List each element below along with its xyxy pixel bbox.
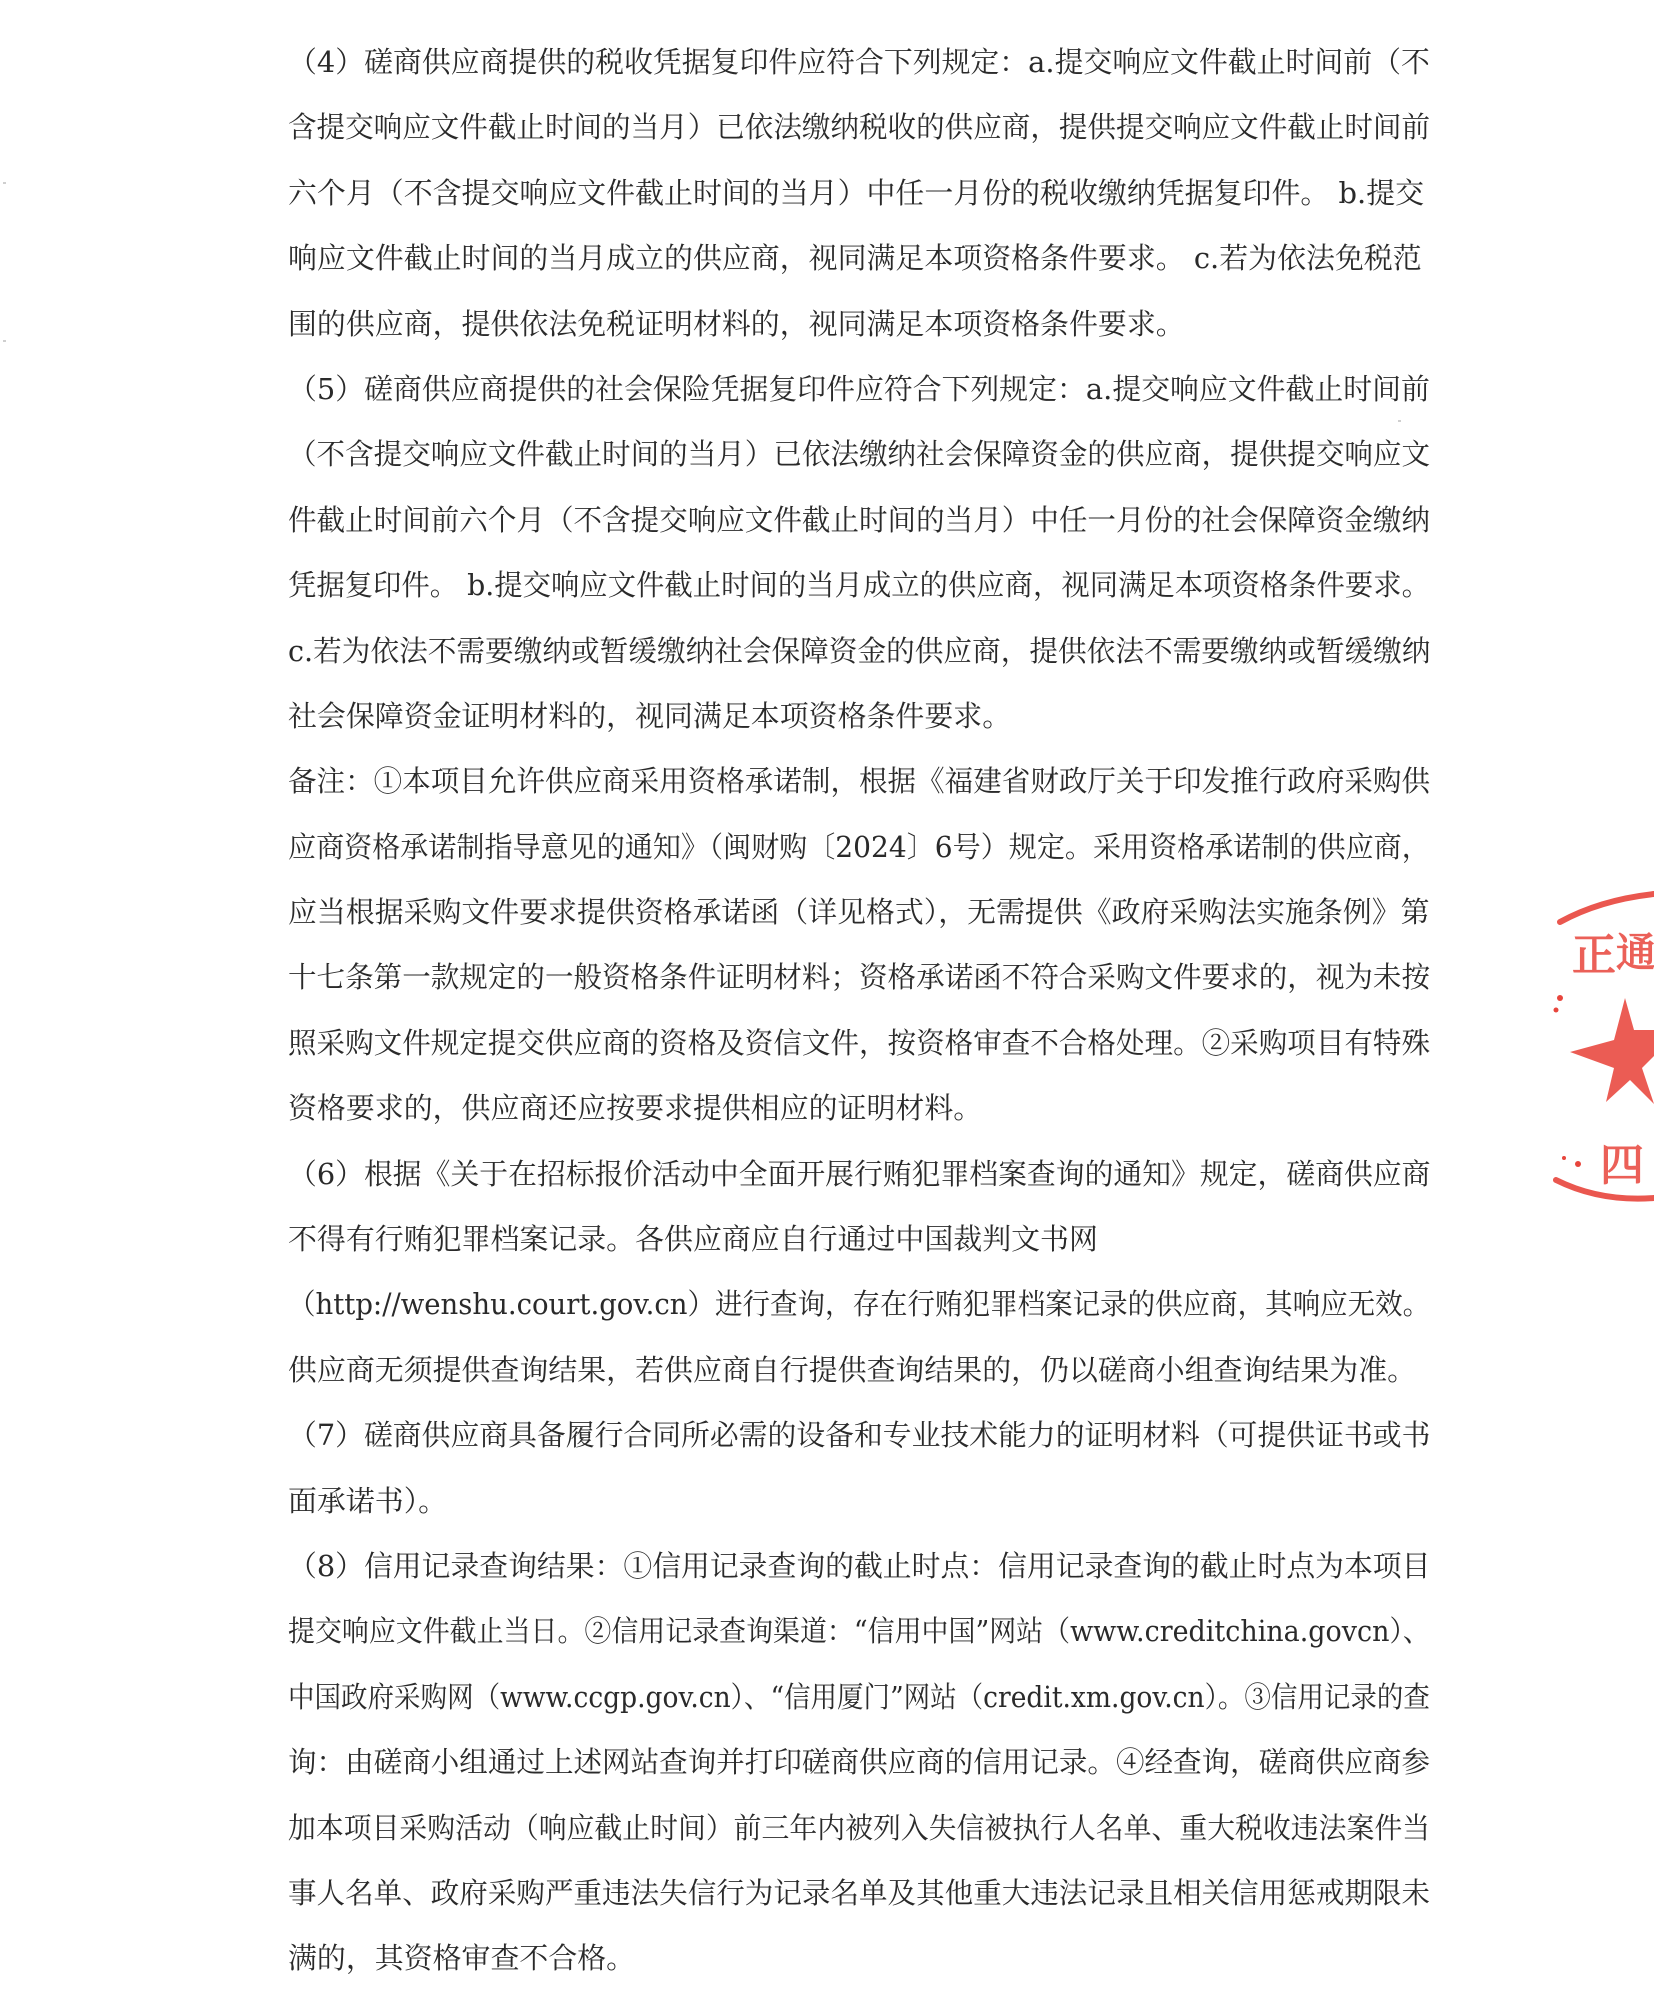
text-line: 加本项目采购活动（响应截止时间）前三年内被列入失信被执行人名单、重大税收违法案件… [288, 1796, 1388, 1861]
text-line: 件截止时间前六个月（不含提交响应文件截止时间的当月）中任一月份的社会保障资金缴纳 [288, 488, 1415, 553]
text-line: 响应文件截止时间的当月成立的供应商，视同满足本项资格条件要求。 c.若为依法免税… [288, 226, 1430, 291]
text-line: （不含提交响应文件截止时间的当月）已依法缴纳社会保障资金的供应商，提供提交响应文 [288, 422, 1415, 487]
paragraph-p6: （6）根据《关于在招标报价活动中全面开展行贿犯罪档案查询的通知》规定，磋商供应商… [288, 1142, 1433, 1404]
text-line: 围的供应商，提供依法免税证明材料的，视同满足本项资格条件要求。 [288, 292, 1430, 357]
scan-artifact [3, 182, 6, 184]
text-line: （7）磋商供应商具备履行合同所必需的设备和专业技术能力的证明材料（可提供证书或书 [288, 1403, 1426, 1468]
text-line: 照采购文件规定提交供应商的资格及资信文件，按资格审查不合格处理。②采购项目有特殊 [288, 1011, 1415, 1076]
text-line: c.若为依法不需要缴纳或暂缓缴纳社会保障资金的供应商，提供依法不需要缴纳或暂缓缴… [288, 619, 1419, 684]
text-line: 提交响应文件截止当日。②信用记录查询渠道：“信用中国”网站（www.credit… [288, 1599, 1352, 1664]
text-line: 含提交响应文件截止时间的当月）已依法缴纳税收的供应商，提供提交响应文件截止时间前 [288, 95, 1415, 160]
text-line: 凭据复印件。 b.提交响应文件截止时间的当月成立的供应商，视同满足本项资格条件要… [288, 553, 1407, 618]
scan-artifact [1398, 420, 1401, 422]
text-line: 十七条第一款规定的一般资格条件证明材料；资格承诺函不符合采购文件要求的，视为未按 [288, 945, 1415, 1010]
document-body: （4）磋商供应商提供的税收凭据复印件应符合下列规定：a.提交响应文件截止时间前（… [288, 30, 1433, 1992]
text-line: 备注：①本项目允许供应商采用资格承诺制，根据《福建省财政厅关于印发推行政府采购供 [288, 749, 1415, 814]
text-line: 事人名单、政府采购严重违法失信行为记录名单及其他重大违法记录且相关信用惩戒期限未 [288, 1861, 1415, 1926]
scan-artifact [3, 340, 6, 342]
text-line: 询：由磋商小组通过上述网站查询并打印磋商供应商的信用记录。④经查询，磋商供应商参 [288, 1730, 1415, 1795]
official-seal-stamp: 正 通 四 [1530, 880, 1654, 1210]
text-line: 社会保障资金证明材料的，视同满足本项资格条件要求。 [288, 684, 1430, 749]
text-line: （6）根据《关于在招标报价活动中全面开展行贿犯罪档案查询的通知》规定，磋商供应商 [288, 1142, 1426, 1207]
paragraph-note: 备注：①本项目允许供应商采用资格承诺制，根据《福建省财政厅关于印发推行政府采购供… [288, 749, 1433, 1141]
text-line: 应商资格承诺制指导意见的通知》（闽财购〔2024〕6号）规定。采用资格承诺制的供… [288, 815, 1396, 880]
text-line: （8）信用记录查询结果：①信用记录查询的截止时点：信用记录查询的截止时点为本项目 [288, 1534, 1426, 1599]
scanned-document-page: （4）磋商供应商提供的税收凭据复印件应符合下列规定：a.提交响应文件截止时间前（… [0, 0, 1654, 2002]
text-line: 中国政府采购网（www.ccgp.gov.cn）、“信用厦门”网站（credit… [288, 1665, 1335, 1730]
star-icon [1570, 998, 1654, 1104]
paragraph-p7: （7）磋商供应商具备履行合同所必需的设备和专业技术能力的证明材料（可提供证书或书… [288, 1403, 1433, 1534]
text-line: 满的，其资格审查不合格。 [288, 1926, 1430, 1991]
text-line: 供应商无须提供查询结果，若供应商自行提供查询结果的，仍以磋商小组查询结果为准。 [288, 1338, 1430, 1403]
text-line: （http://wenshu.court.gov.cn）进行查询，存在行贿犯罪档… [288, 1272, 1374, 1337]
text-line: 不得有行贿犯罪档案记录。各供应商应自行通过中国裁判文书网 [288, 1207, 1430, 1272]
seal-graphic: 正 通 四 [1530, 880, 1654, 1210]
text-line: 应当根据采购文件要求提供资格承诺函（详见格式），无需提供《政府采购法实施条例》第 [288, 880, 1429, 945]
text-line: 资格要求的，供应商还应按要求提供相应的证明材料。 [288, 1076, 1430, 1141]
text-line: 六个月（不含提交响应文件截止时间的当月）中任一月份的税收缴纳凭据复印件。 b.提… [288, 161, 1430, 226]
seal-char-2: 通 [1616, 930, 1654, 976]
paragraph-p8: （8）信用记录查询结果：①信用记录查询的截止时点：信用记录查询的截止时点为本项目… [288, 1534, 1433, 1992]
text-line: （4）磋商供应商提供的税收凭据复印件应符合下列规定：a.提交响应文件截止时间前（… [288, 30, 1428, 95]
text-line: 面承诺书）。 [288, 1469, 1430, 1534]
seal-char-3: 四 [1600, 1140, 1644, 1191]
paragraph-p4: （4）磋商供应商提供的税收凭据复印件应符合下列规定：a.提交响应文件截止时间前（… [288, 30, 1433, 357]
seal-char-1: 正 [1572, 930, 1616, 981]
paragraph-p5: （5）磋商供应商提供的社会保险凭据复印件应符合下列规定：a.提交响应文件截止时间… [288, 357, 1433, 749]
text-line: （5）磋商供应商提供的社会保险凭据复印件应符合下列规定：a.提交响应文件截止时间… [288, 357, 1428, 422]
